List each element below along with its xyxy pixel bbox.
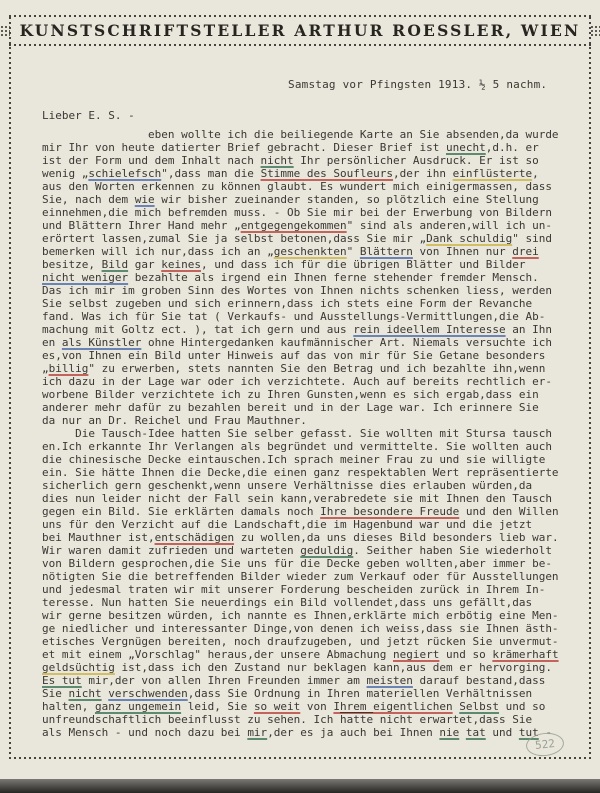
letter-line: Das ich mir im groben Sinn des Wortes vo… xyxy=(42,284,582,297)
marked-text: nicht weniger xyxy=(42,271,128,284)
marked-text: krämerhaft xyxy=(492,648,558,661)
text-segment: teresse. Nun hatten Sie neuerdings ein B… xyxy=(42,596,532,609)
letter-line: Sie, nach dem wie wir bisher zueinander … xyxy=(42,193,582,206)
marked-text: mir xyxy=(247,726,267,739)
text-segment: bei Mauthner ist, xyxy=(42,531,155,544)
letter-line: einnehmen,die mich befremden muss. - Ob … xyxy=(42,206,582,219)
marked-text: wie xyxy=(135,193,155,206)
text-segment: , xyxy=(532,167,539,180)
marked-text: rein ideellem Interesse xyxy=(353,323,505,336)
text-segment: leid, Sie xyxy=(181,700,254,713)
text-segment: sicherlich gern geschenkt,wenn unsere Ve… xyxy=(42,479,532,492)
frame-left-dotted-line xyxy=(9,15,11,759)
marked-text: Es tut xyxy=(42,674,82,687)
letter-body: Lieber E. S. - eben wollte ich die beili… xyxy=(42,109,582,739)
letterhead-bottom-dotted-line xyxy=(9,44,591,46)
text-segment: dies nun leider nicht der Fall sein kann… xyxy=(42,492,552,505)
letter-line: besitze, Bild gar keines, und dass ich f… xyxy=(42,258,582,271)
text-segment xyxy=(459,726,466,739)
text-segment: en.Ich erkannte Ihr Verlangen als begrün… xyxy=(42,440,552,453)
text-segment: mir Ihr von heute datierter Brief gebrac… xyxy=(42,141,446,154)
text-segment: Lieber E. S. - xyxy=(42,109,135,122)
text-segment: ich dazu in der Lage war oder ich verzic… xyxy=(42,375,552,388)
letter-line: machung mit Goltz ect. ), tat ich gern u… xyxy=(42,323,582,336)
text-segment: von xyxy=(300,700,333,713)
letter-line: et mit einem „Vorschlag" heraus,der unse… xyxy=(42,648,582,661)
marked-text: Ihrem eigentlichen xyxy=(333,700,452,713)
text-segment: unfreundschaftlich beeinflusst zu sehen.… xyxy=(42,713,340,726)
letter-line: erörtert lassen,zumal Sie ja selbst beto… xyxy=(42,232,582,245)
text-segment: und so xyxy=(499,700,545,713)
letter-line: worbene Bilder verzichtete ich zu Ihren … xyxy=(42,388,582,401)
text-segment: von Ihnen nur xyxy=(413,245,512,258)
text-segment: ",dass man die xyxy=(161,167,260,180)
text-segment: und Blättern Ihrer Hand mehr „ xyxy=(42,219,241,232)
text-segment: „ xyxy=(42,362,49,375)
marked-text: hatte xyxy=(340,713,373,726)
marked-text: geschenkten xyxy=(274,245,347,258)
text-segment: es,von Ihnen ein Bild unter Hinweis auf … xyxy=(42,349,545,362)
letter-line: ich dazu in der Lage war oder ich verzic… xyxy=(42,375,582,388)
text-segment: . Seither haben Sie wiederholt xyxy=(353,544,552,557)
text-segment: worbene Bilder verzichtete ich zu Ihren … xyxy=(42,388,539,401)
text-segment: und jedesmal traten wir mit unserer Ford… xyxy=(42,583,545,596)
text-segment: ge niedlicher und interessanter Dinge,vo… xyxy=(42,622,559,635)
marked-text: geldsüchtig xyxy=(42,661,115,674)
text-segment: bezahlte als irgend ein Ihnen ferne steh… xyxy=(128,271,539,284)
text-segment: erörtert lassen,zumal Sie ja selbst beto… xyxy=(42,232,426,245)
letter-line: ge niedlicher und interessanter Dinge,vo… xyxy=(42,622,582,635)
text-segment: en xyxy=(42,336,62,349)
letter-line: Wir waren damit zufrieden und warteten g… xyxy=(42,544,582,557)
text-segment: wir gerne besitzen würden, ich nannte es… xyxy=(42,609,559,622)
marked-text: geduldig xyxy=(300,544,353,557)
letter-line: bei Mauthner ist,entschädigen zu wollen,… xyxy=(42,531,582,544)
marked-text: verschwenden xyxy=(108,687,187,700)
marked-text: nie xyxy=(439,726,459,739)
text-segment: von Bildern gesprochen,die Sie uns für d… xyxy=(42,557,552,570)
text-segment: Sie selbst zugeben und sich erinnern,das… xyxy=(42,297,532,310)
text-segment: zu wollen,da uns dieses Bild besonders l… xyxy=(234,531,559,544)
text-segment: " sind xyxy=(512,232,552,245)
date-line: Samstag vor Pfingsten 1913. ½ 5 nachm. xyxy=(288,78,547,91)
letter-line: gegen ein Bild. Sie erklärten damals noc… xyxy=(42,505,582,518)
letter-line: halten, ganz ungemein leid, Sie so weit … xyxy=(42,700,582,713)
marked-text: als Künstler xyxy=(62,336,141,349)
letter-line: anderer mehr dafür zu bezahlen bereit un… xyxy=(42,401,582,414)
letterhead: KUNSTSCHRIFTSTELLER ARTHUR ROESSLER, WIE… xyxy=(9,15,591,46)
letter-line: unfreundschaftlich beeinflusst zu sehen.… xyxy=(42,713,582,726)
letter-line: wenig „schielefsch",dass man die Stimme … xyxy=(42,167,582,180)
letter-line: dies nun leider nicht der Fall sein kann… xyxy=(42,492,582,505)
marked-text: negiert xyxy=(393,648,439,661)
marked-text: drei xyxy=(512,245,539,258)
text-segment: da nur an Dr. Reichel und Frau Mauthner. xyxy=(42,414,307,427)
text-segment: halten, xyxy=(42,700,95,713)
text-segment: Sie, nach dem xyxy=(42,193,135,206)
marked-text: keines xyxy=(161,258,201,271)
text-segment: ,d.h. er xyxy=(486,141,539,154)
text-segment: einnehmen,die mich befremden muss. - Ob … xyxy=(42,206,552,219)
letter-page: KUNSTSCHRIFTSTELLER ARTHUR ROESSLER, WIE… xyxy=(0,0,600,793)
marked-text: entgegengekommen xyxy=(241,219,347,232)
letter-line: teresse. Nun hatten Sie neuerdings ein B… xyxy=(42,596,582,609)
text-segment: ein. Sie hätte Ihnen die Decke,die einen… xyxy=(42,466,559,479)
letter-line: fand. Was ich für Sie tat ( Verkaufs- un… xyxy=(42,310,582,323)
letter-line: uns für den Verzicht auf die Landschaft,… xyxy=(42,518,582,531)
marked-text: unecht xyxy=(446,141,486,154)
letter-line: nicht weniger bezahlte als irgend ein Ih… xyxy=(42,271,582,284)
letter-line: und Blättern Ihrer Hand mehr „entgegenge… xyxy=(42,219,582,232)
text-segment: die chinesische Decke eintauschen.Ich sp… xyxy=(42,453,545,466)
letter-line: sicherlich gern geschenkt,wenn unsere Ve… xyxy=(42,479,582,492)
marked-text: Blättern xyxy=(360,245,413,258)
letter-line: Lieber E. S. - xyxy=(42,109,582,122)
text-segment: als Mensch - und noch dazu bei xyxy=(42,726,247,739)
text-segment: gar xyxy=(128,258,161,271)
text-segment: " zu erwerben, stets nannten Sie den Bet… xyxy=(88,362,545,375)
letter-line: und jedesmal traten wir mit unserer Ford… xyxy=(42,583,582,596)
letter-line: mir Ihr von heute datierter Brief gebrac… xyxy=(42,141,582,154)
letter-line: wir gerne besitzen würden, ich nannte es… xyxy=(42,609,582,622)
text-segment: und so xyxy=(439,648,492,661)
marked-text: Dank schuldig xyxy=(426,232,512,245)
text-segment: et mit einem „Vorschlag" heraus,der unse… xyxy=(42,648,393,661)
text-segment: ,dass Sie Ordnung in Ihren materiellen V… xyxy=(188,687,532,700)
text-segment: uns für den Verzicht auf die Landschaft,… xyxy=(42,518,532,531)
letterhead-left-ornament xyxy=(0,25,10,37)
text-segment: wenig „ xyxy=(42,167,88,180)
marked-text: meisten xyxy=(367,674,413,687)
text-segment: ist,dass ich den Zustand nur beklagen ka… xyxy=(115,661,552,674)
text-segment: Die Tausch-Idee hatten Sie selber gefass… xyxy=(42,427,552,440)
letter-line: Die Tausch-Idee hatten Sie selber gefass… xyxy=(42,427,582,440)
text-segment: aus den Worten erkennen zu können glaubt… xyxy=(42,180,552,193)
text-segment: fand. Was ich für Sie tat ( Verkaufs- un… xyxy=(42,310,545,323)
text-segment: ,der es ja auch bei Ihnen xyxy=(267,726,439,739)
text-segment: Ihr persönlicher Ausdruck. Er ist so xyxy=(294,154,539,167)
marked-text: Stimme des Soufleurs xyxy=(261,167,393,180)
text-segment: bemerken will ich nur,dass ich an „ xyxy=(42,245,274,258)
marked-text: tat xyxy=(466,726,486,739)
marked-text: nicht xyxy=(261,154,294,167)
letter-line: ist der Form und dem Inhalt nach nicht I… xyxy=(42,154,582,167)
text-segment: " sind als anderen,will ich un- xyxy=(347,219,552,232)
marked-text: einflüsterte xyxy=(453,167,532,180)
text-segment: darauf bestand,dass xyxy=(413,674,545,687)
marked-text: Ihre besondere Freude xyxy=(320,505,459,518)
marked-text: Bild xyxy=(102,258,129,271)
letter-line: eben wollte ich die beiliegende Karte an… xyxy=(42,128,582,141)
marked-text: schielefsch xyxy=(88,167,161,180)
text-segment: , und dass ich für die übrigen Blätter u… xyxy=(201,258,526,271)
letter-line: die chinesische Decke eintauschen.Ich sp… xyxy=(42,453,582,466)
marked-text: ganz ungemein xyxy=(95,700,181,713)
letter-line: als Mensch - und noch dazu bei mir,der e… xyxy=(42,726,582,739)
marked-text: so weit xyxy=(254,700,300,713)
frame-bottom-dotted-line xyxy=(9,757,591,759)
letter-line: nötigten Sie die betreffenden Bilder wie… xyxy=(42,570,582,583)
letter-line: bemerken will ich nur,dass ich an „gesch… xyxy=(42,245,582,258)
letter-line: Sie nicht verschwenden,dass Sie Ordnung … xyxy=(42,687,582,700)
text-segment: wir bisher zueinander standen, so plötzl… xyxy=(155,193,539,206)
letterhead-title: KUNSTSCHRIFTSTELLER ARTHUR ROESSLER, WIE… xyxy=(20,21,581,40)
text-segment: Das ich mir im groben Sinn des Wortes vo… xyxy=(42,284,552,297)
letter-line: Es tut mir,der von allen Ihren Freunden … xyxy=(42,674,582,687)
text-segment: ohne Hintergedanken kaufmännischer Art. … xyxy=(141,336,552,349)
marked-text: nicht xyxy=(69,687,102,700)
text-segment: besitze, xyxy=(42,258,102,271)
letter-line: von Bildern gesprochen,die Sie uns für d… xyxy=(42,557,582,570)
letterhead-right-ornament xyxy=(590,25,600,37)
marked-text: entschädigen xyxy=(155,531,234,544)
letter-line: es,von Ihnen ein Bild unter Hinweis auf … xyxy=(42,349,582,362)
letter-line: Sie selbst zugeben und sich erinnern,das… xyxy=(42,297,582,310)
frame-right-dotted-line xyxy=(589,15,591,759)
letter-line: „billig" zu erwerben, stets nannten Sie … xyxy=(42,362,582,375)
marked-text: Selbst xyxy=(459,700,499,713)
letter-line: da nur an Dr. Reichel und Frau Mauthner. xyxy=(42,414,582,427)
scan-bottom-edge xyxy=(0,779,600,793)
marked-text: billig xyxy=(49,362,89,375)
text-segment: etisches Vergnügen bereiten, noch draufz… xyxy=(42,635,559,648)
text-segment: mir,der von allen Ihren Freunden immer a… xyxy=(82,674,367,687)
text-segment: nicht erwartet,dass Sie xyxy=(373,713,532,726)
text-segment: Sie xyxy=(42,687,69,700)
text-segment: ,der ihn xyxy=(393,167,453,180)
letter-line: aus den Worten erkennen zu können glaubt… xyxy=(42,180,582,193)
letter-line: geldsüchtig ist,dass ich den Zustand nur… xyxy=(42,661,582,674)
text-segment: und xyxy=(486,726,519,739)
text-segment: ist der Form und dem Inhalt nach xyxy=(42,154,261,167)
text-segment: an Ihn xyxy=(506,323,552,336)
text-segment: " xyxy=(347,245,360,258)
letter-line: en als Künstler ohne Hintergedanken kauf… xyxy=(42,336,582,349)
letter-line: ein. Sie hätte Ihnen die Decke,die einen… xyxy=(42,466,582,479)
text-segment: und den Willen xyxy=(459,505,558,518)
text-segment: machung mit Goltz ect. ), tat ich gern u… xyxy=(42,323,353,336)
text-segment: eben wollte ich die beiliegende Karte an… xyxy=(42,128,559,141)
text-segment: nötigten Sie die betreffenden Bilder wie… xyxy=(42,570,559,583)
letter-line: etisches Vergnügen bereiten, noch draufz… xyxy=(42,635,582,648)
text-segment: anderer mehr dafür zu bezahlen bereit un… xyxy=(42,401,539,414)
letterhead-top-dotted-line xyxy=(9,15,591,17)
text-segment: gegen ein Bild. Sie erklärten damals noc… xyxy=(42,505,320,518)
letter-line: en.Ich erkannte Ihr Verlangen als begrün… xyxy=(42,440,582,453)
text-segment: Wir waren damit zufrieden und warteten xyxy=(42,544,300,557)
